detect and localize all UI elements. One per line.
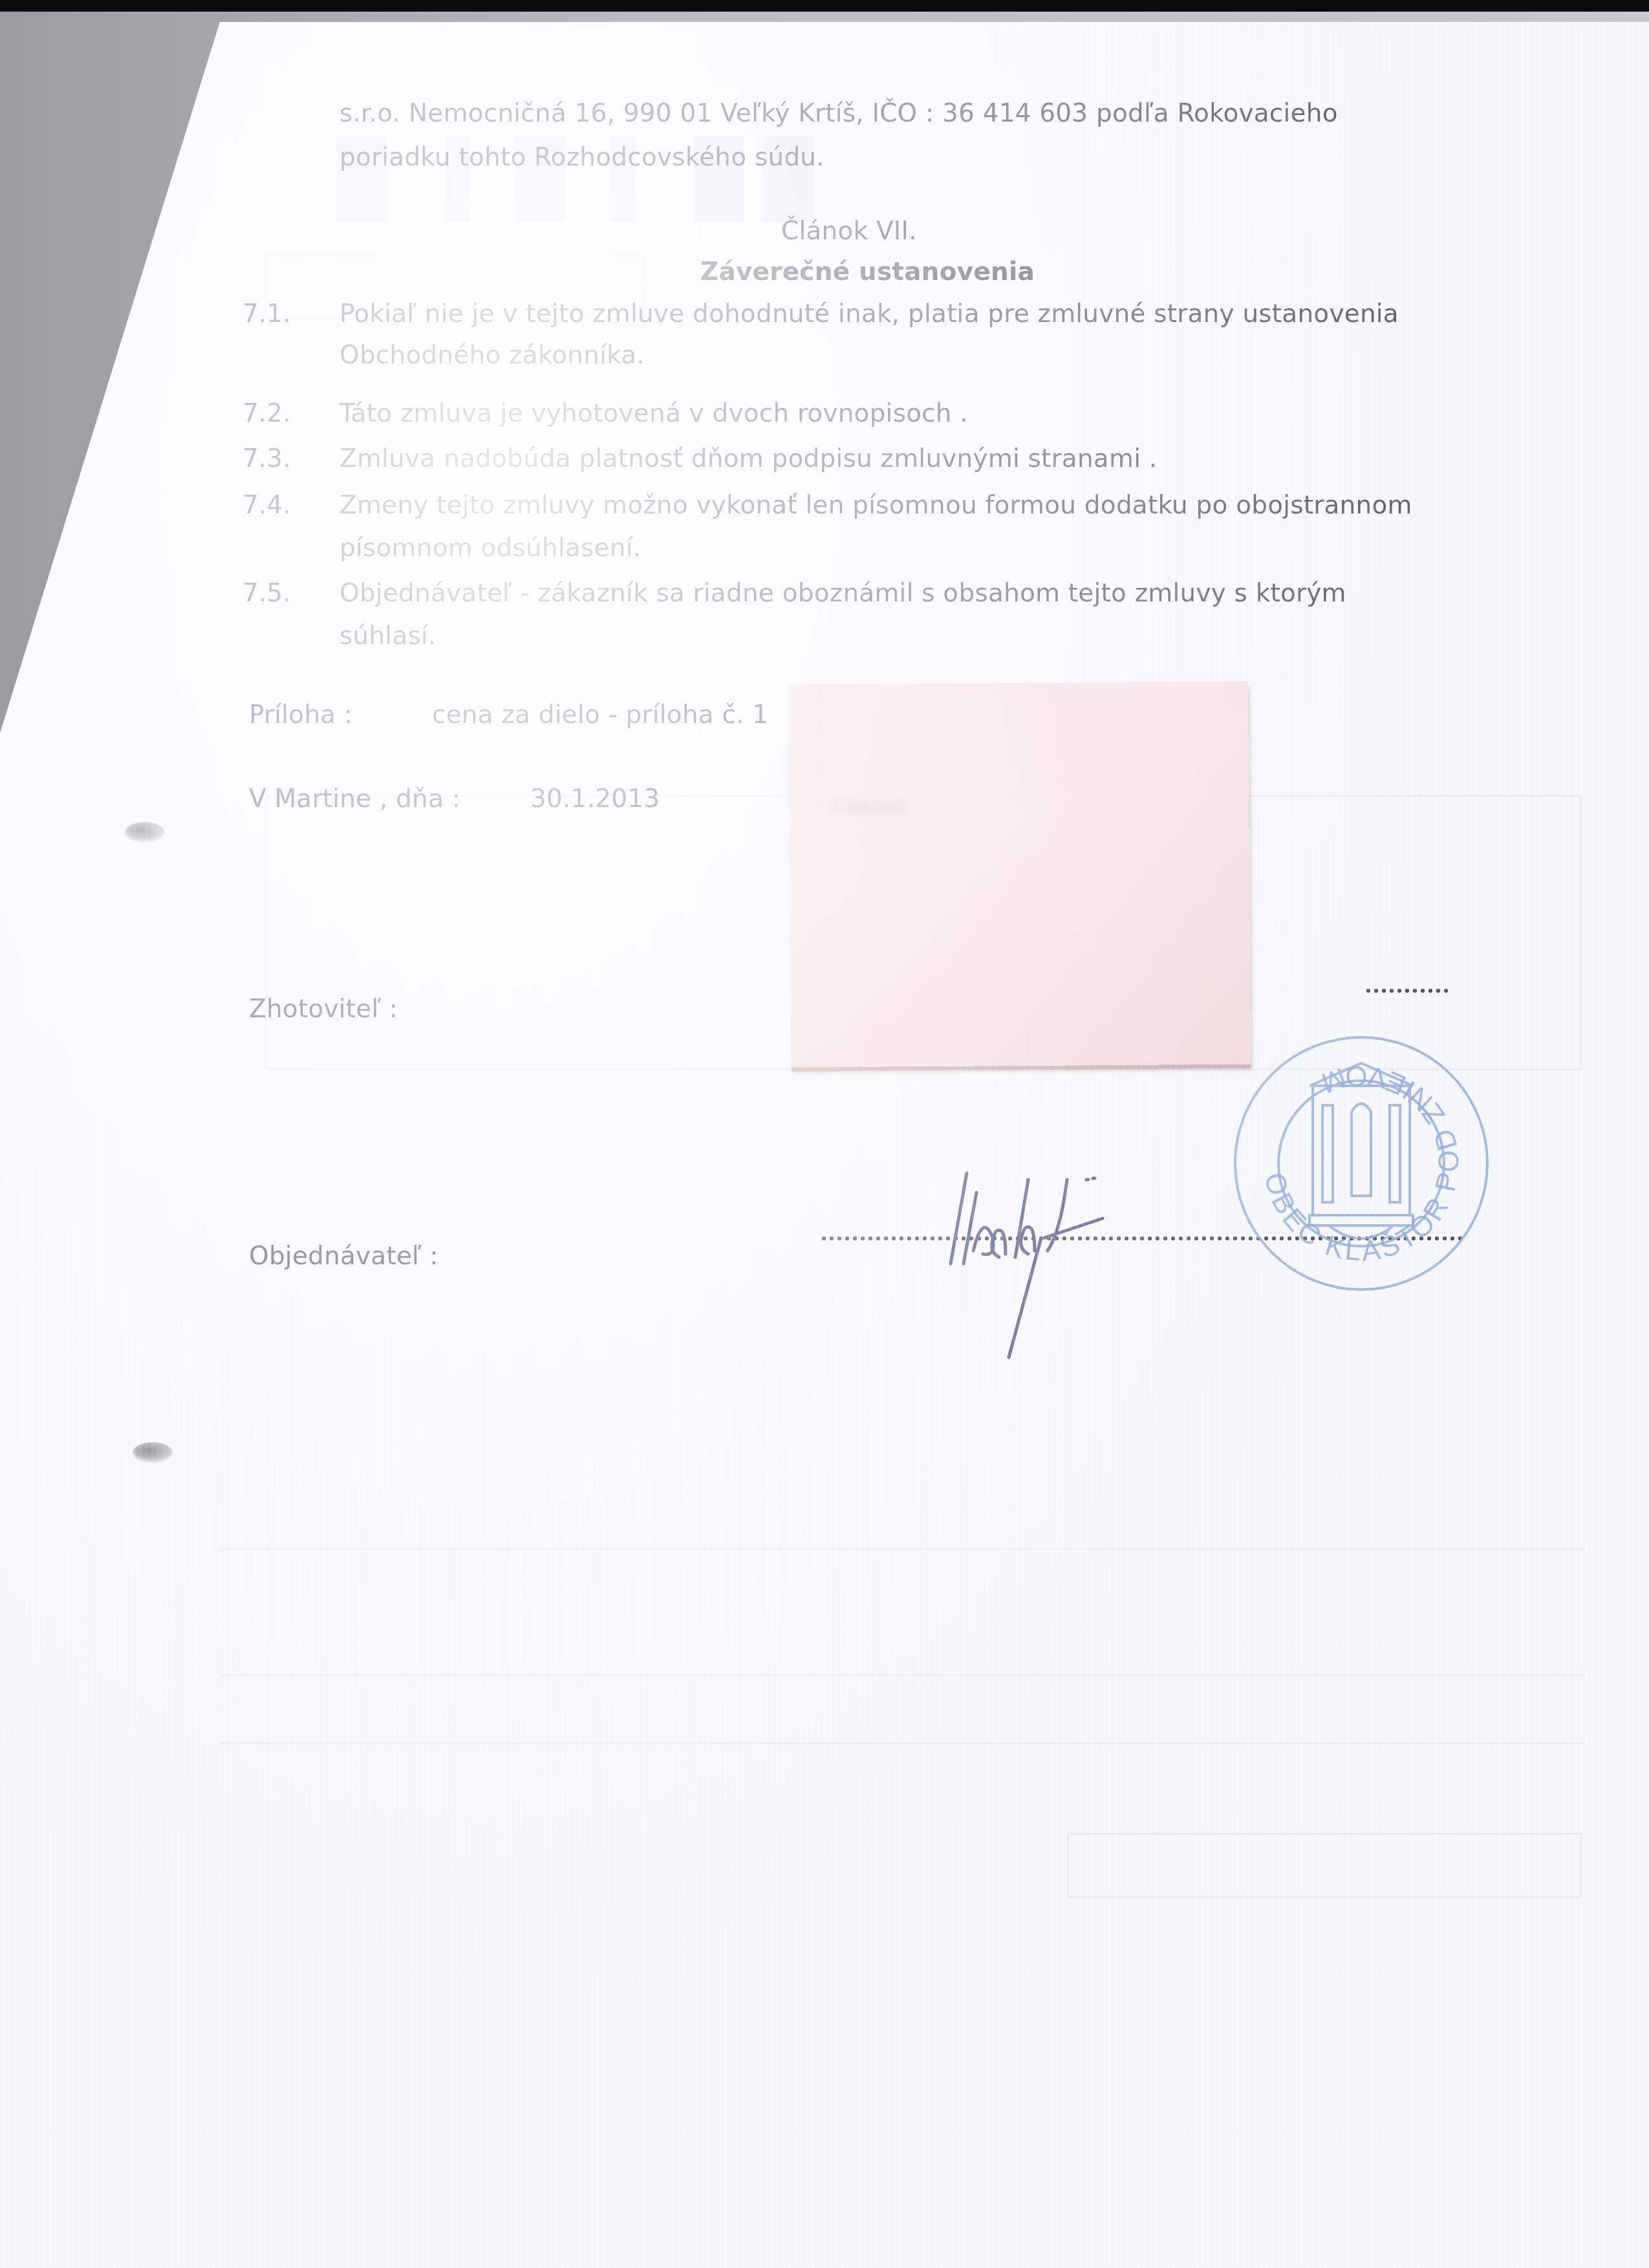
intro-line-2: poriadku tohto Rozhodcovského súdu. <box>339 142 824 173</box>
clause-number: 7.4. <box>242 490 290 521</box>
official-stamp-icon: OBEC KLÁŠTOR POD ZNIEVOM <box>1232 1034 1491 1293</box>
attachment-value: cena za dielo - príloha č. 1 <box>432 700 768 731</box>
clause-text: Zmluva nadobúda platnosť dňom podpisu zm… <box>339 444 1157 475</box>
article-number: Článok VII. <box>781 216 917 247</box>
place-date-label: V Martine , dňa : <box>249 784 460 815</box>
clause-text: Pokiaľ nie je v tejto zmluve dohodnuté i… <box>339 299 1399 330</box>
sticky-bleed-text <box>830 800 907 815</box>
bleed-through-rule <box>220 1674 1584 1676</box>
document-page: █ ▌█▐ ██ s.r.o. Nemocničná 16, 990 01 Ve… <box>0 22 1649 2268</box>
clause-number: 7.1. <box>242 299 290 330</box>
date-value: 30.1.2013 <box>530 784 660 815</box>
article-title: Záverečné ustanovenia <box>700 257 1035 288</box>
contractor-label: Zhotoviteľ : <box>249 994 398 1025</box>
clause-text: Obchodného zákonníka. <box>339 340 645 371</box>
scanner-border <box>0 0 1649 12</box>
client-label: Objednávateľ : <box>249 1241 438 1272</box>
svg-text:OBEC KLÁŠTOR POD ZNIEVOM: OBEC KLÁŠTOR POD ZNIEVOM <box>1258 1059 1465 1268</box>
clause-number: 7.3. <box>242 444 290 475</box>
handwritten-signature-icon <box>938 1167 1151 1361</box>
attachment-label: Príloha : <box>249 700 352 731</box>
clause-text: písomnom odsúhlasení. <box>339 533 641 564</box>
redaction-sticky-note <box>789 682 1251 1068</box>
clause-number: 7.5. <box>242 578 290 609</box>
clause-text: Táto zmluva je vyhotovená v dvoch rovnop… <box>339 398 968 429</box>
intro-line-1: s.r.o. Nemocničná 16, 990 01 Veľký Krtíš… <box>339 98 1338 129</box>
contractor-signature-line <box>1364 989 1452 993</box>
bleed-through-rule <box>220 1548 1584 1550</box>
clause-number: 7.2. <box>242 398 290 429</box>
bleed-through-box <box>1067 1833 1582 1898</box>
punch-hole <box>133 1442 173 1463</box>
bleed-through-rule <box>220 1742 1584 1744</box>
clause-text: Zmeny tejto zmluvy možno vykonať len pís… <box>339 490 1412 521</box>
punch-hole <box>125 822 165 843</box>
clause-text: Objednávateľ - zákazník sa riadne obozná… <box>339 578 1346 609</box>
clause-text: súhlasí. <box>339 621 436 652</box>
